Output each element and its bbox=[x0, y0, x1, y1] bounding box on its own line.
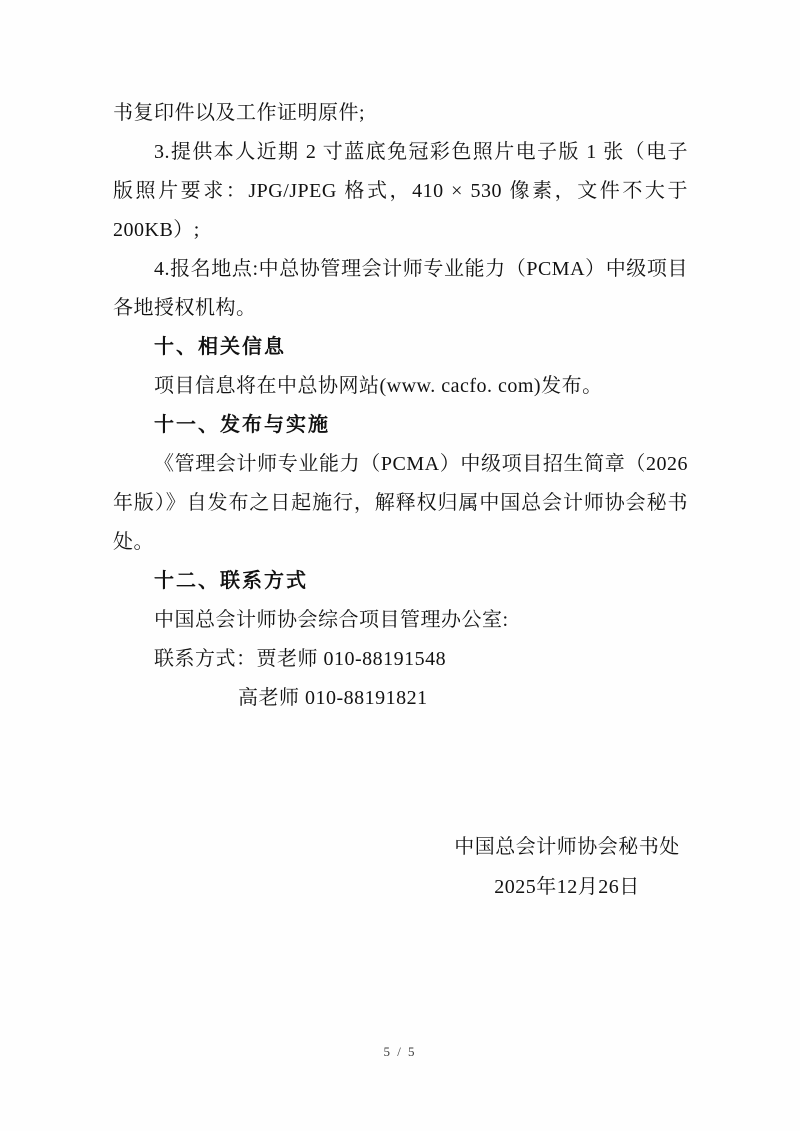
paragraph-line: 年版）》自发布之日起施行，解释权归属中国总会计师协会秘书 bbox=[113, 484, 688, 523]
document-body: 书复印件以及工作证明原件; 3.提供本人近期 2 寸蓝底免冠彩色照片电子版 1 … bbox=[113, 94, 688, 718]
paragraph-continuation-line: 书复印件以及工作证明原件; bbox=[113, 94, 688, 133]
section-heading-publication: 十一、发布与实施 bbox=[113, 406, 688, 445]
signature-block: 中国总会计师协会秘书处 2025年12月26日 bbox=[452, 827, 682, 907]
paragraph-line: 版照片要求：JPG/JPEG 格式，410 × 530 像素，文件不大于 bbox=[113, 172, 688, 211]
contact-phone-line: 高老师 010-88191821 bbox=[113, 679, 688, 718]
document-page: 书复印件以及工作证明原件; 3.提供本人近期 2 寸蓝底免冠彩色照片电子版 1 … bbox=[0, 0, 800, 1131]
paragraph-line: 各地授权机构。 bbox=[113, 289, 688, 328]
paragraph-line: 处。 bbox=[113, 523, 688, 562]
paragraph-line: 4.报名地点:中总协管理会计师专业能力（PCMA）中级项目 bbox=[113, 250, 688, 289]
signature-org: 中国总会计师协会秘书处 bbox=[452, 827, 682, 867]
contact-phone-line: 联系方式：贾老师 010-88191548 bbox=[113, 640, 688, 679]
section-heading-related-info: 十、相关信息 bbox=[113, 328, 688, 367]
paragraph-line: 3.提供本人近期 2 寸蓝底免冠彩色照片电子版 1 张（电子 bbox=[113, 133, 688, 172]
signature-date: 2025年12月26日 bbox=[452, 867, 682, 907]
paragraph-line: 《管理会计师专业能力（PCMA）中级项目招生简章（2026 bbox=[113, 445, 688, 484]
section-heading-contact: 十二、联系方式 bbox=[113, 562, 688, 601]
paragraph-line: 中国总会计师协会综合项目管理办公室: bbox=[113, 601, 688, 640]
paragraph-line: 项目信息将在中总协网站(www. cacfo. com)发布。 bbox=[113, 367, 688, 406]
page-number-indicator: 5 / 5 bbox=[0, 1044, 800, 1060]
paragraph-line: 200KB）; bbox=[113, 211, 688, 250]
